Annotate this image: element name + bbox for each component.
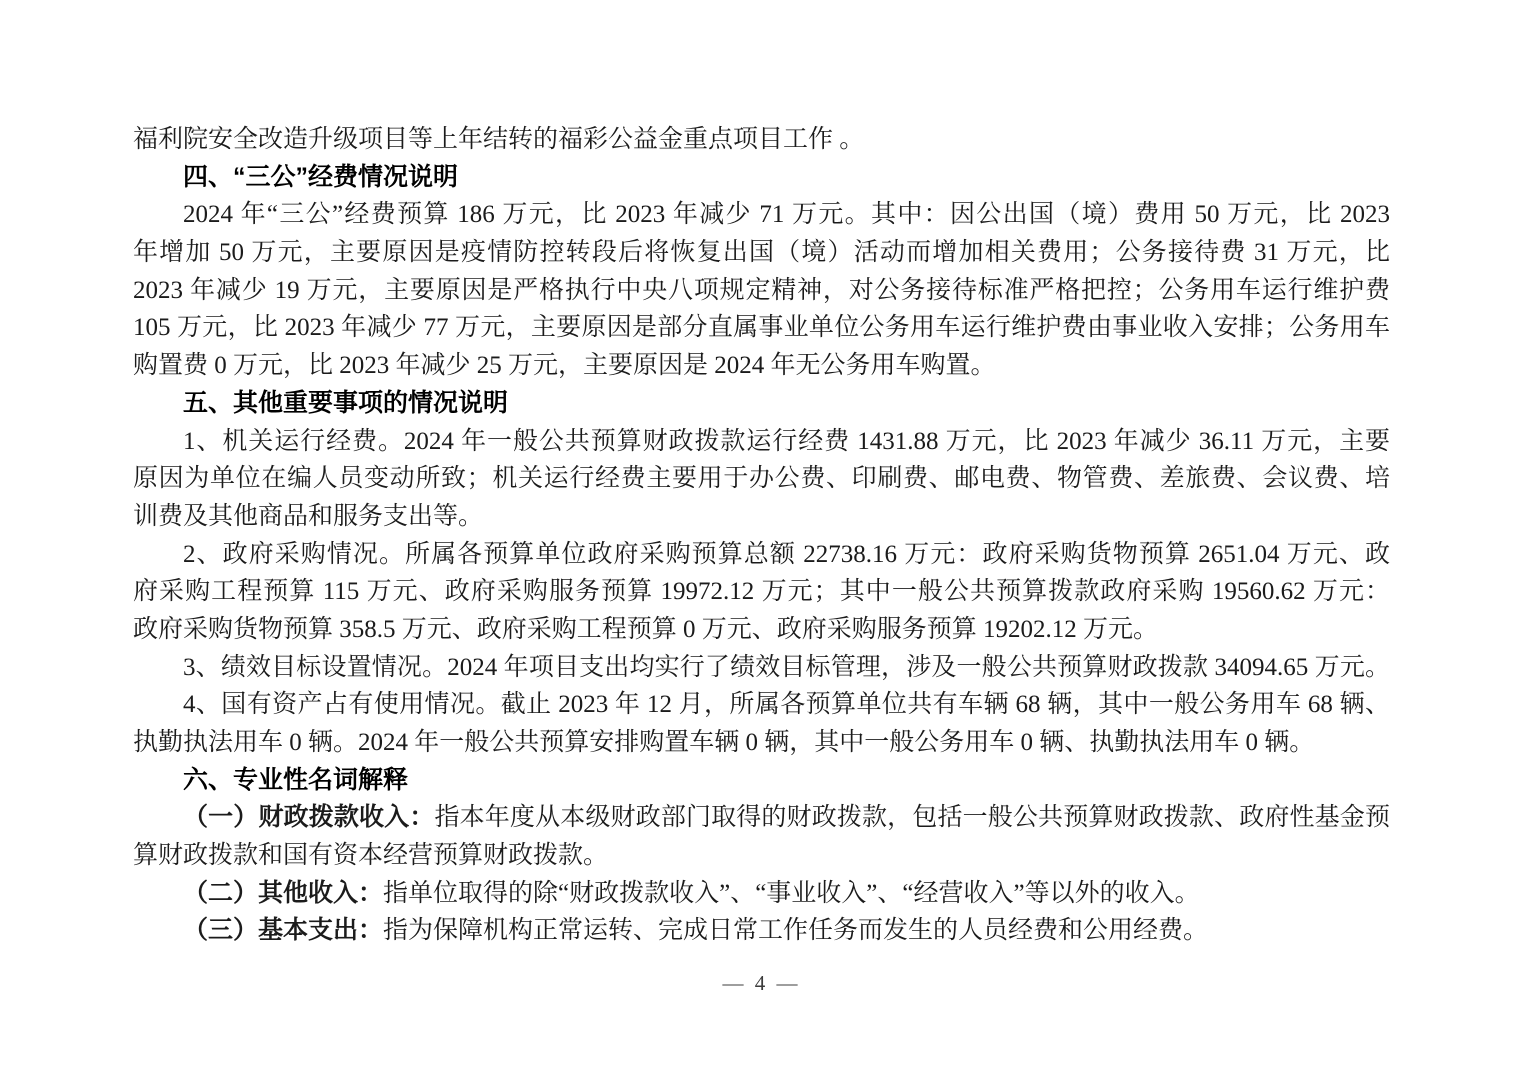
section-heading: 五、其他重要事项的情况说明 xyxy=(133,385,1390,423)
text-line: 2024 年“三公”经费预算 186 万元，比 2023 年减少 71 万元。其… xyxy=(133,196,1390,234)
text-line: 1、机关运行经费。2024 年一般公共预算财政拨款运行经费 1431.88 万元… xyxy=(133,423,1390,461)
text-line: （一）财政拨款收入：指本年度从本级财政部门取得的财政拨款，包括一般公共预算财政拨… xyxy=(133,799,1390,837)
term-label: （一）财政拨款收入： xyxy=(183,804,434,831)
text-line: 政府采购货物预算 358.5 万元、政府采购工程预算 0 万元、政府采购服务预算… xyxy=(133,611,1390,649)
section-heading: 六、专业性名词解释 xyxy=(133,762,1390,800)
text-line: 年增加 50 万元，主要原因是疫情防控转段后将恢复出国（境）活动而增加相关费用；… xyxy=(133,234,1390,272)
term-definition: 指单位取得的除“财政拨款收入”、“事业收入”、“经营收入”等以外的收入。 xyxy=(383,880,1200,907)
document-page: 福利院安全改造升级项目等上年结转的福彩公益金重点项目工作 。四、“三公”经费情况… xyxy=(0,0,1520,1074)
text-line: 2、政府采购情况。所属各预算单位政府采购预算总额 22738.16 万元：政府采… xyxy=(133,536,1390,574)
text-line: 3、绩效目标设置情况。2024 年项目支出均实行了绩效目标管理，涉及一般公共预算… xyxy=(133,649,1390,687)
document-body: 福利院安全改造升级项目等上年结转的福彩公益金重点项目工作 。四、“三公”经费情况… xyxy=(133,121,1390,950)
term-label: （三）基本支出： xyxy=(183,917,383,944)
text-line: 105 万元，比 2023 年减少 77 万元，主要原因是部分直属事业单位公务用… xyxy=(133,309,1390,347)
text-line: 福利院安全改造升级项目等上年结转的福彩公益金重点项目工作 。 xyxy=(133,121,1390,159)
text-line: 原因为单位在编人员变动所致；机关运行经费主要用于办公费、印刷费、邮电费、物管费、… xyxy=(133,460,1390,498)
text-line: 算财政拨款和国有资本经营预算财政拨款。 xyxy=(133,837,1390,875)
text-line: 训费及其他商品和服务支出等。 xyxy=(133,498,1390,536)
text-line: （三）基本支出：指为保障机构正常运转、完成日常工作任务而发生的人员经费和公用经费… xyxy=(133,912,1390,950)
page-number: — 4 — xyxy=(133,964,1390,1002)
section-heading: 四、“三公”经费情况说明 xyxy=(133,159,1390,197)
term-label: （二）其他收入： xyxy=(183,880,383,907)
text-line: 执勤执法用车 0 辆。2024 年一般公共预算安排购置车辆 0 辆，其中一般公务… xyxy=(133,724,1390,762)
text-line: 购置费 0 万元，比 2023 年减少 25 万元，主要原因是 2024 年无公… xyxy=(133,347,1390,385)
text-line: 府采购工程预算 115 万元、政府采购服务预算 19972.12 万元；其中一般… xyxy=(133,573,1390,611)
text-line: 4、国有资产占有使用情况。截止 2023 年 12 月，所属各预算单位共有车辆 … xyxy=(133,686,1390,724)
text-line: （二）其他收入：指单位取得的除“财政拨款收入”、“事业收入”、“经营收入”等以外… xyxy=(133,875,1390,913)
text-line: 2023 年减少 19 万元，主要原因是严格执行中央八项规定精神，对公务接待标准… xyxy=(133,272,1390,310)
term-definition: 指为保障机构正常运转、完成日常工作任务而发生的人员经费和公用经费。 xyxy=(383,917,1208,944)
term-definition: 指本年度从本级财政部门取得的财政拨款，包括一般公共预算财政拨款、政府性基金预 xyxy=(434,804,1390,831)
